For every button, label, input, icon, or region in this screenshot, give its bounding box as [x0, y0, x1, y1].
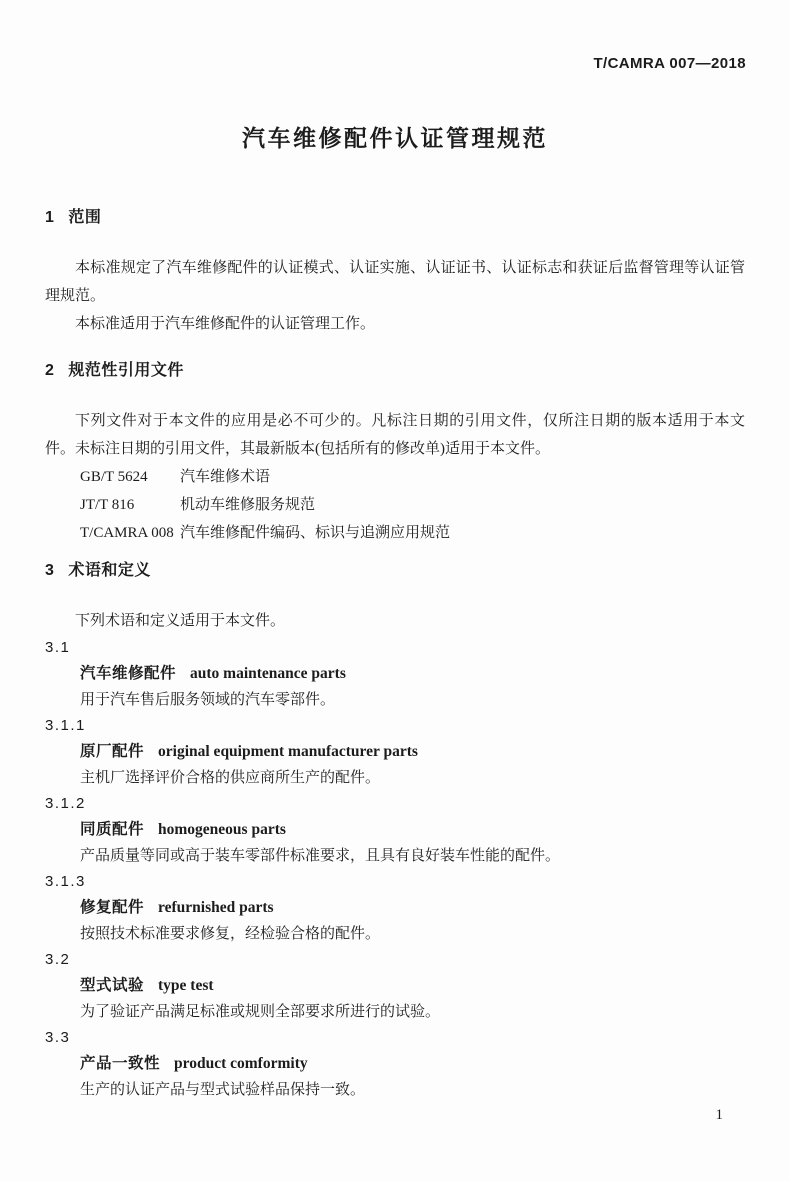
section-1-number: 1	[45, 209, 54, 226]
term-definition: 产品质量等同或高于装车零部件标准要求，且具有良好装车性能的配件。	[45, 843, 745, 869]
term-zh: 产品一致性	[80, 1055, 160, 1072]
term-zh: 原厂配件	[80, 743, 144, 760]
term-definition: 用于汽车售后服务领域的汽车零部件。	[45, 687, 745, 713]
section-2-heading: 2规范性引用文件	[45, 360, 745, 382]
reference-title: 汽车维修术语	[180, 469, 270, 485]
reference-title: 机动车维修服务规范	[180, 497, 315, 513]
section-1-paragraph: 本标准适用于汽车维修配件的认证管理工作。	[45, 310, 745, 338]
term-line: 同质配件homogeneous parts	[45, 817, 745, 843]
term-definition: 主机厂选择评价合格的供应商所生产的配件。	[45, 765, 745, 791]
term-number: 3.1.2	[45, 791, 745, 817]
term-zh: 修复配件	[80, 899, 144, 916]
term-number: 3.1.3	[45, 869, 745, 895]
term-zh: 同质配件	[80, 821, 144, 838]
term-number: 3.2	[45, 947, 745, 973]
term-definition: 为了验证产品满足标准或规则全部要求所进行的试验。	[45, 999, 745, 1025]
doc-title: 汽车维修配件认证管理规范	[0, 121, 790, 155]
term-en: homogeneous parts	[158, 821, 286, 838]
term-line: 型式试验type test	[45, 973, 745, 999]
terms-list: 3.1 汽车维修配件auto maintenance parts 用于汽车售后服…	[45, 635, 745, 1103]
reference-list: GB/T 5624汽车维修术语 JT/T 816机动车维修服务规范 T/CAMR…	[45, 463, 745, 547]
reference-code: GB/T 5624	[80, 463, 180, 491]
term-line: 原厂配件original equipment manufacturer part…	[45, 739, 745, 765]
term-definition: 生产的认证产品与型式试验样品保持一致。	[45, 1077, 745, 1103]
term-line: 修复配件refurnished parts	[45, 895, 745, 921]
term-number: 3.1	[45, 635, 745, 661]
section-3-number: 3	[45, 562, 54, 579]
doc-code: T/CAMRA 007—2018	[45, 0, 746, 73]
term-en: refurnished parts	[158, 899, 274, 916]
term-line: 汽车维修配件auto maintenance parts	[45, 661, 745, 687]
section-3-paragraph: 下列术语和定义适用于本文件。	[45, 607, 745, 635]
section-1-heading: 1范围	[45, 207, 745, 229]
term-zh: 汽车维修配件	[80, 665, 176, 682]
section-3-label: 术语和定义	[68, 562, 151, 579]
reference-title: 汽车维修配件编码、标识与追溯应用规范	[180, 525, 450, 541]
term-number: 3.1.1	[45, 713, 745, 739]
page-number: 1	[45, 1105, 745, 1125]
document-page: T/CAMRA 007—2018 汽车维修配件认证管理规范 1范围 本标准规定了…	[0, 0, 790, 1181]
term-en: product comformity	[174, 1055, 308, 1072]
reference-code: T/CAMRA 008	[80, 519, 180, 547]
section-3-heading: 3术语和定义	[45, 560, 745, 582]
section-1-paragraph: 本标准规定了汽车维修配件的认证模式、认证实施、认证证书、认证标志和获证后监督管理…	[45, 254, 745, 310]
section-2-paragraph: 下列文件对于本文件的应用是必不可少的。凡标注日期的引用文件，仅所注日期的版本适用…	[45, 407, 745, 463]
reference-row: GB/T 5624汽车维修术语	[45, 463, 745, 491]
term-zh: 型式试验	[80, 977, 144, 994]
section-2-label: 规范性引用文件	[68, 362, 184, 379]
term-en: original equipment manufacturer parts	[158, 743, 418, 760]
term-number: 3.3	[45, 1025, 745, 1051]
section-2-number: 2	[45, 362, 54, 379]
term-definition: 按照技术标准要求修复，经检验合格的配件。	[45, 921, 745, 947]
term-line: 产品一致性product comformity	[45, 1051, 745, 1077]
document-body: 1范围 本标准规定了汽车维修配件的认证模式、认证实施、认证证书、认证标志和获证后…	[45, 207, 745, 1125]
term-en: type test	[158, 977, 214, 994]
reference-row: T/CAMRA 008汽车维修配件编码、标识与追溯应用规范	[45, 519, 745, 547]
term-en: auto maintenance parts	[190, 665, 346, 682]
reference-code: JT/T 816	[80, 491, 180, 519]
section-1-label: 范围	[68, 209, 101, 226]
reference-row: JT/T 816机动车维修服务规范	[45, 491, 745, 519]
